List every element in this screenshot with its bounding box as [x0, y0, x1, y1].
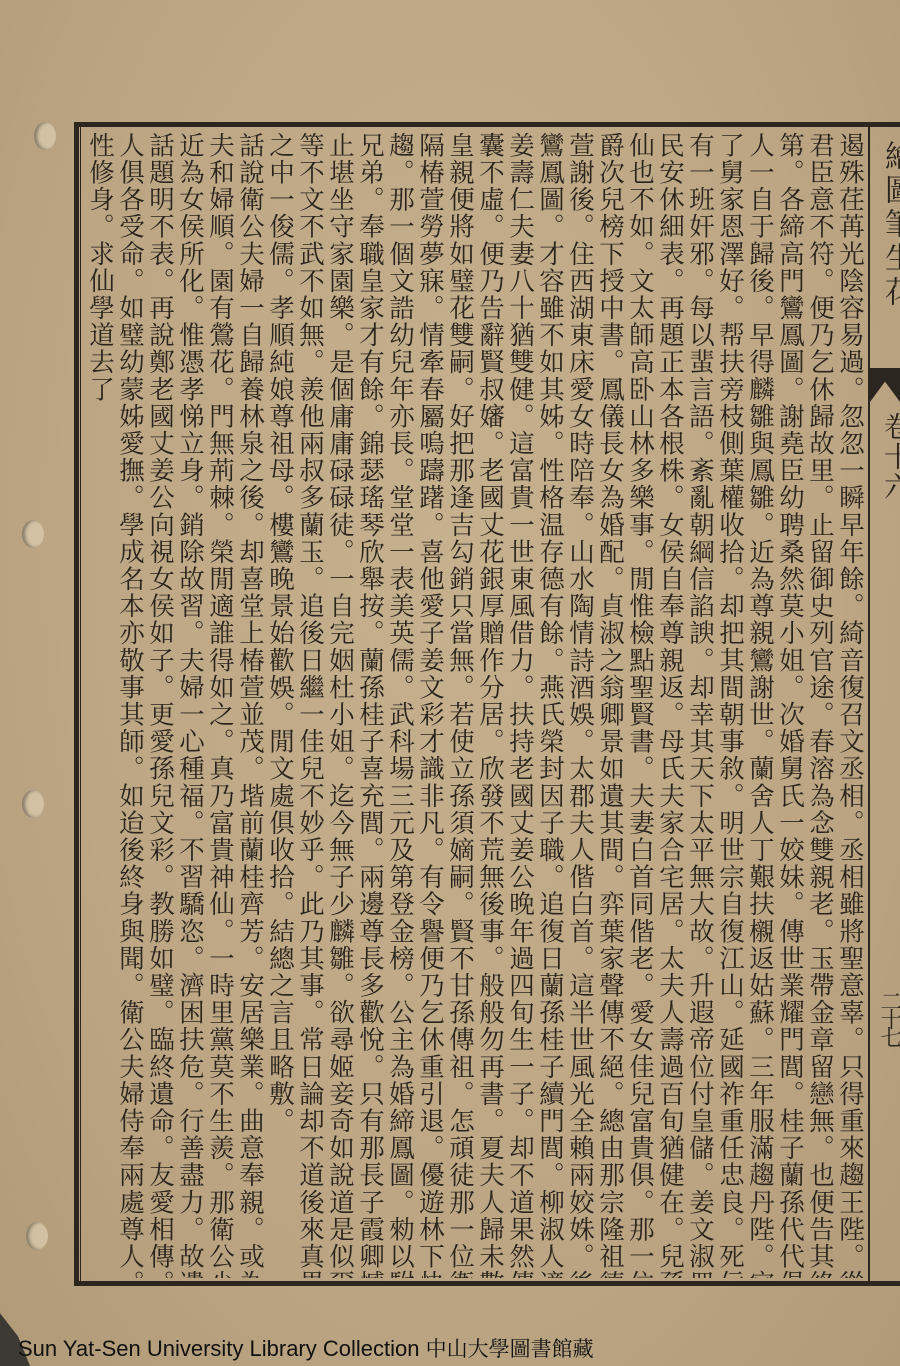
- main-text-block: 遏殊荏苒光陰容易過。忽忽一瞬早年餘。綺音復召文丞相。丞相雖將聖意辜。只得重來趨王…: [86, 132, 866, 1278]
- text-column: 第。各締高門鸞鳳圖。謝堯臣幼聘桑然莫小姐。次婚舅氏一姣妹。傳世業耀門閭。桂子蘭孫…: [776, 132, 806, 1278]
- text-column: 止堪坐守家園樂。是個庸庸碌碌徒。一自完姻杜小姐。迄今無子少麟雛。欲尋姬妾奇如說道…: [326, 132, 356, 1278]
- text-column: 趨。那一個文誥幼兒年亦長。堂堂一表美英儒。武科場三元及第登金榜。公主為婚締鳳圖。…: [386, 132, 416, 1278]
- text-column: 近為女侯所化。惟憑孝悌立身。銷除故習。夫婦一心種福。不習驕恣。濟困扶危。行善盡力…: [176, 132, 206, 1278]
- text-column: 君臣意不符。便乃乞休歸故里。止留御史列官途。春溶為念雙親老。玉帶金章留戀無。也便…: [806, 132, 836, 1278]
- text-column: 囊不虛。便乃告辭賢叔嬸。老國丈花銀厚贈作分居。欣發不荒無後事。般般勿再書。夏夫人…: [476, 132, 506, 1278]
- text-column: 之中一俊儒。孝順純娘尊祖母。樓鸞晚景始歡娛。閒文處俱收拾。結總之言且略敷。: [266, 132, 296, 1278]
- text-column: 遏殊荏苒光陰容易過。忽忽一瞬早年餘。綺音復召文丞相。丞相雖將聖意辜。只得重來趨王…: [836, 132, 866, 1278]
- binding-hole: [22, 790, 44, 818]
- text-column: 爵次兒榜下授中書。鳳儀長女為婚配。貞淑之翁卿景如遺其間。弈葉家聲傳不絕。總由那宗…: [596, 132, 626, 1278]
- text-column: 鸞鳳圖。才容雖不如其姊。性格温存德有餘。燕氏榮封因子職。追復日蘭孫桂子續門閭。柳…: [536, 132, 566, 1278]
- book-title: 繪圖筆生花: [874, 140, 900, 310]
- collection-label-zh: 中山大學圖書館藏: [426, 1337, 594, 1361]
- text-column: 等不文不武不如無。羨他兩叔多蘭玉。追後日繼一佳兒不妙乎。此乃其事。常日論却不道後…: [296, 132, 326, 1278]
- volume-label: 卷十六: [876, 412, 900, 502]
- text-column: 姜壽仁夫妻八十猶雙健。這富貴一世東風借力。扶持老國丈姜公晚年過四旬生一子。却不道…: [506, 132, 536, 1278]
- inner-border-line: [80, 127, 81, 1281]
- text-column: 了舅家恩澤好。帮扶旁枝側葉權收拾。却把其間朝事敘。明世宗自復江山。延國祚重任忠良…: [716, 132, 746, 1278]
- binding-hole: [26, 1222, 48, 1250]
- text-column: 民安休細表。再題正本各根株。女侯自奉尊親返。母氏夫家合宅居。太夫人壽過百旬猶健在…: [656, 132, 686, 1278]
- text-column: 隔椿萱勞夢寐。情牽春屬嗚躊躇。喜他愛子姜文彩才識非凡。有令譽便乃乞休重引退。優遊…: [416, 132, 446, 1278]
- collection-watermark: Sun Yat-Sen University Library Collectio…: [18, 1333, 594, 1363]
- page-number: 二十七: [874, 990, 900, 1044]
- binding-hole: [34, 122, 56, 150]
- text-column: 人一自于歸後。早得麟雛與鳳雛。近為尊親鸞謝世。蘭舍人丁艱扶櫬返姑蘇。三年服滿趨丹…: [746, 132, 776, 1278]
- text-column: 皇親便將如璧花雙嗣。好把那逢吉勾銷只當無。若使立孫須嫡嗣。賢不甘孫傳祖。怎頑徒那…: [446, 132, 476, 1278]
- text-column: 夫和婦順。園有鶯花。門無荊棘。榮閒適誰得如之。真乃富貴神仙。一時里黨莫不生羨。那…: [206, 132, 236, 1278]
- text-column: 有一班奸邪。每以蜚言語。紊亂朝綱信諂諛。却幸其天下太平無大故。升遐帝位付皇儲。姜…: [686, 132, 716, 1278]
- binding-hole: [22, 520, 44, 548]
- text-column: 話說衛公夫婦一自歸養林泉之後。却喜堂上椿萱並茂。堦前蘭桂齊芳。安居樂業。曲意奉親…: [236, 132, 266, 1278]
- collection-label-en: Sun Yat-Sen University Library Collectio…: [18, 1336, 419, 1361]
- text-column: 仙也不如。文太師高卧山林多樂事。閒惟檢點聖賢書。夫妻白首同偕老。愛女佳兒富貴俱。…: [626, 132, 656, 1278]
- text-column: 話題明不表。再說鄭老國丈姜公向視女侯如子。更愛孫兒文彩。教勝如璧。臨終遺命。友愛…: [146, 132, 176, 1278]
- text-column: 人俱各受命。如璧幼蒙姊愛撫。學成名本亦敬事其師。如迨後終身與聞。衛公夫婦侍奉兩處…: [116, 132, 146, 1278]
- text-column: 兄弟。奉職皇家才有餘。錦瑟瑤琴欣舉按。蘭孫桂子喜充閭。兩邊尊長多歡悅。只有那長子…: [356, 132, 386, 1278]
- text-column: 性修身。求仙學道去了: [86, 132, 116, 1278]
- text-column: 萱謝後。住西湖東床愛女時陪奉。山水陶情詩酒娛。太郡夫人偕白首。這半世風光全賴兩姣…: [566, 132, 596, 1278]
